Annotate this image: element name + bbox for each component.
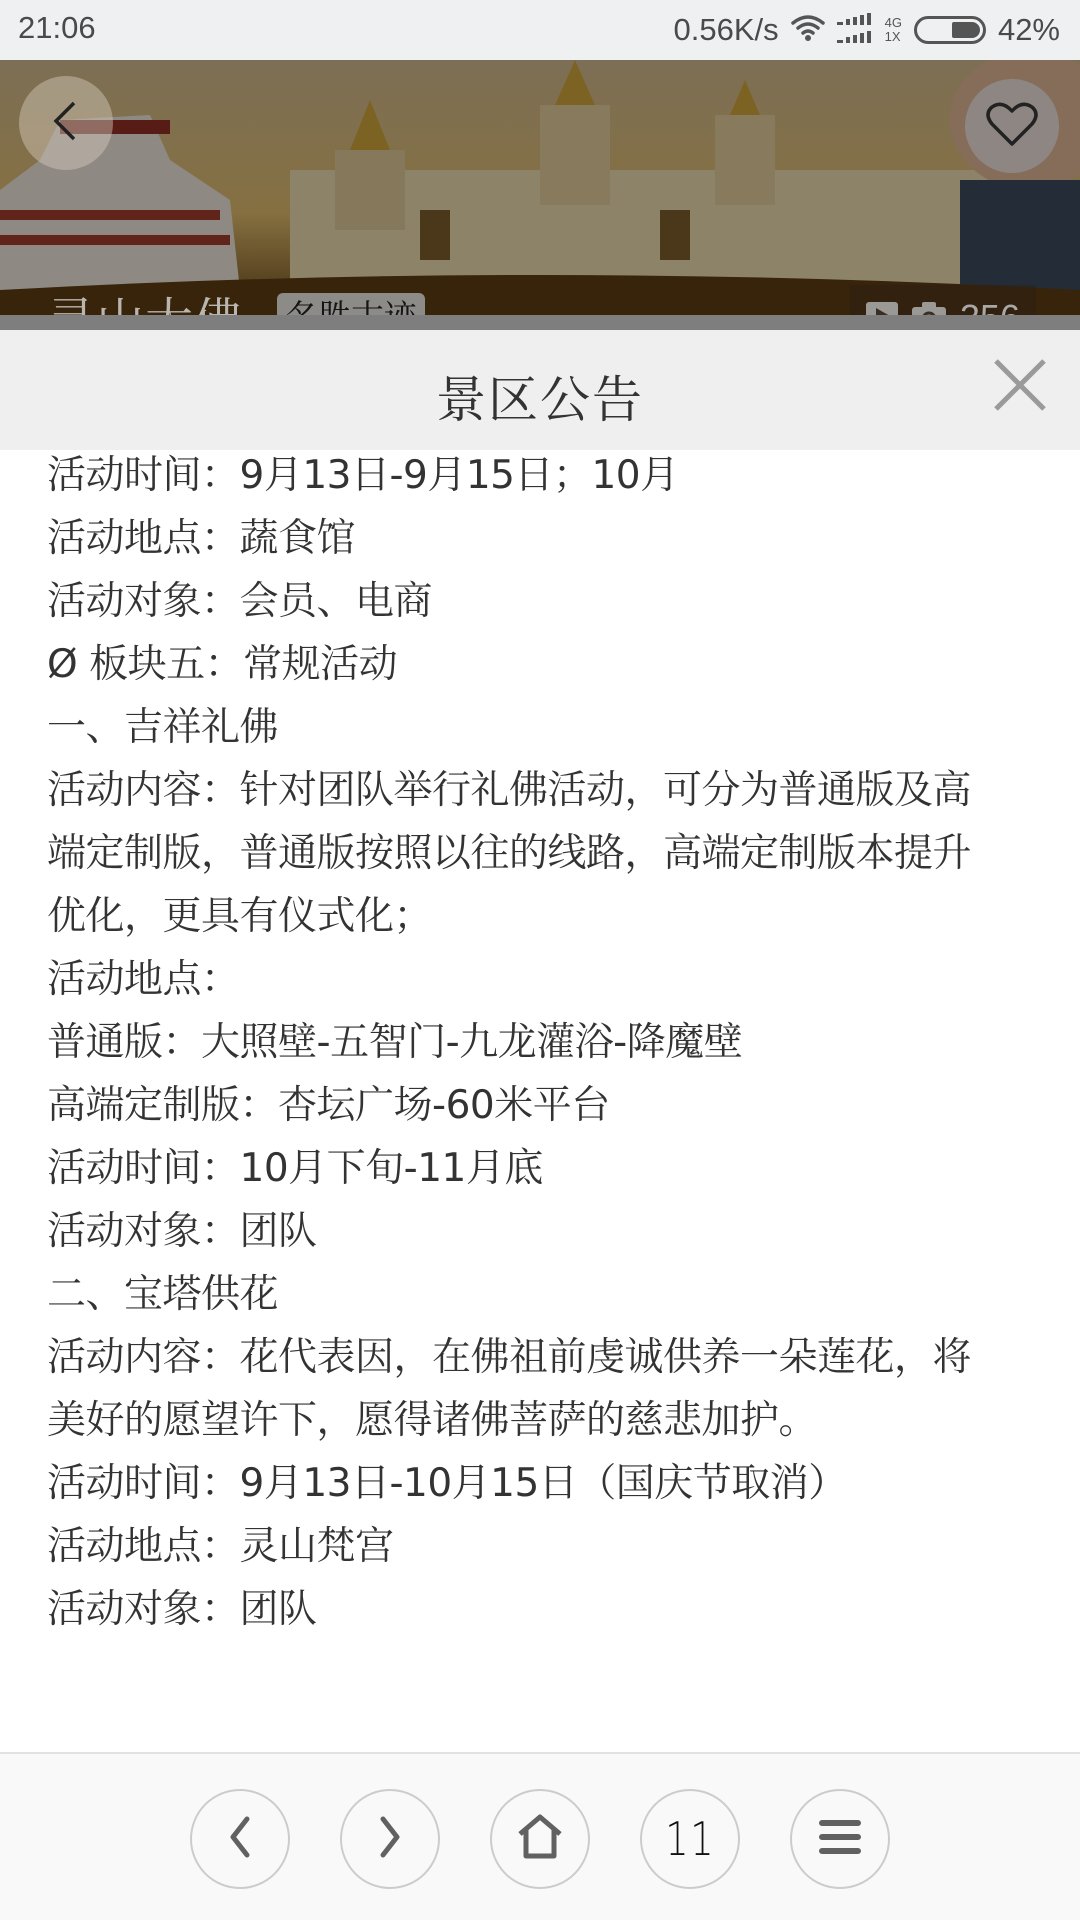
media-gallery-button[interactable]: 356 bbox=[850, 285, 1036, 315]
nav-tabs-button[interactable]: 11 bbox=[640, 1789, 740, 1889]
status-time: 21:06 bbox=[18, 10, 96, 46]
hero-dim-overlay bbox=[0, 60, 1080, 315]
wifi-icon bbox=[791, 14, 825, 47]
nav-home-button[interactable] bbox=[490, 1789, 590, 1889]
text-line: 活动内容：针对团队举行礼佛活动，可分为普通版及高 bbox=[47, 759, 971, 822]
status-indicators: 0.56K/s 4G 1X 42% bbox=[673, 8, 1060, 52]
text-line: 活动对象：会员、电商 bbox=[47, 570, 971, 633]
status-bar: 21:06 0.56K/s 4G 1X 42% bbox=[0, 0, 1080, 60]
text-line: 端定制版，普通版按照以往的线路，高端定制版本提升 bbox=[47, 822, 971, 885]
nav-forward-button[interactable] bbox=[340, 1789, 440, 1889]
battery-icon bbox=[914, 16, 986, 44]
tabs-count: 11 bbox=[665, 1812, 715, 1866]
browser-bottom-nav: 11 bbox=[0, 1752, 1080, 1920]
text-line: 活动时间：9月13日-10月15日（国庆节取消） bbox=[47, 1452, 971, 1515]
subsection-heading: 一、吉祥礼佛 bbox=[47, 696, 971, 759]
favorite-button[interactable] bbox=[965, 79, 1059, 173]
section-heading: Ø 板块五：常规活动 bbox=[47, 633, 971, 696]
category-tag: 名胜古迹 bbox=[277, 293, 425, 315]
text-line: 美好的愿望许下，愿得诸佛菩萨的慈悲加护。 bbox=[47, 1389, 971, 1452]
network-type: 4G 1X bbox=[885, 16, 902, 44]
chevron-right-icon bbox=[375, 1815, 405, 1863]
dialog-header: 景区公告 bbox=[0, 330, 1080, 450]
divider-strip bbox=[0, 315, 1080, 330]
cellular-signal-icon bbox=[837, 13, 873, 48]
text-line: 活动地点：灵山梵宫 bbox=[47, 1515, 971, 1578]
text-line: 活动对象：团队 bbox=[47, 1578, 971, 1641]
text-line: 活动内容：花代表因，在佛祖前虔诚供养一朵莲花，将 bbox=[47, 1326, 971, 1389]
close-button[interactable] bbox=[985, 352, 1055, 422]
announcement-text: 活动时间：9月13日-9月15日；10月 活动地点：蔬食馆 活动对象：会员、电商… bbox=[47, 450, 971, 1641]
home-icon bbox=[516, 1814, 564, 1864]
media-count: 356 bbox=[960, 297, 1020, 315]
hamburger-menu-icon bbox=[818, 1818, 862, 1860]
chevron-left-icon bbox=[46, 99, 86, 147]
close-icon bbox=[992, 357, 1048, 417]
nav-menu-button[interactable] bbox=[790, 1789, 890, 1889]
text-line: 活动地点：蔬食馆 bbox=[47, 507, 971, 570]
heart-icon bbox=[986, 101, 1038, 151]
play-icon bbox=[866, 302, 898, 315]
back-button[interactable] bbox=[19, 76, 113, 170]
hero-banner[interactable]: 灵山大佛 名胜古迹 356 bbox=[0, 60, 1080, 315]
announcement-content[interactable]: 活动时间：9月13日-9月15日；10月 活动地点：蔬食馆 活动对象：会员、电商… bbox=[0, 450, 1080, 1752]
battery-percent: 42% bbox=[998, 12, 1060, 48]
text-line: 优化，更具有仪式化； bbox=[47, 885, 971, 948]
subsection-heading: 二、宝塔供花 bbox=[47, 1263, 971, 1326]
text-line: 活动时间：10月下旬-11月底 bbox=[47, 1137, 971, 1200]
camera-icon bbox=[912, 301, 946, 315]
text-line: 活动地点： bbox=[47, 948, 971, 1011]
scenic-spot-title: 灵山大佛 bbox=[47, 282, 243, 315]
text-line: 活动时间：9月13日-9月15日；10月 bbox=[47, 450, 971, 507]
chevron-left-icon bbox=[225, 1815, 255, 1863]
network-speed: 0.56K/s bbox=[673, 12, 778, 48]
nav-back-button[interactable] bbox=[190, 1789, 290, 1889]
dialog-title: 景区公告 bbox=[0, 360, 1080, 432]
text-line: 普通版：大照壁-五智门-九龙灌浴-降魔壁 bbox=[47, 1011, 971, 1074]
text-line: 高端定制版：杏坛广场-60米平台 bbox=[47, 1074, 971, 1137]
text-line: 活动对象：团队 bbox=[47, 1200, 971, 1263]
